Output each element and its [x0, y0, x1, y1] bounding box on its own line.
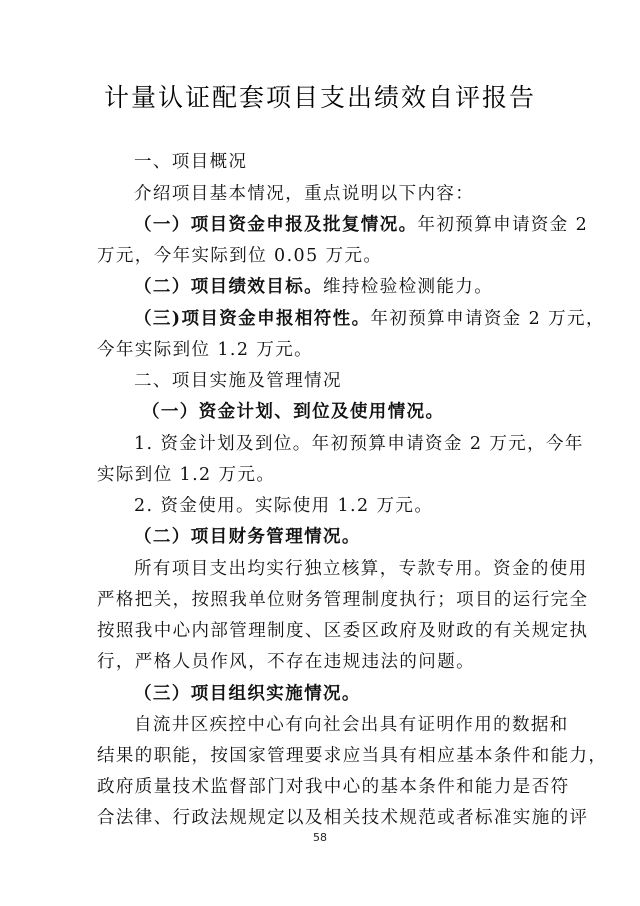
section-heading-overview: 一、项目概况: [134, 148, 545, 173]
page-number: 58: [0, 831, 640, 844]
paragraph-funding-consistency: （三)项目资金申报相符性。年初预算申请资金 2 万元，: [134, 305, 545, 330]
paragraph-line: 按照我中心内部管理制度、区委区政府及财政的有关规定执: [97, 617, 545, 642]
paragraph-line: 政府质量技术监督部门对我中心的基本条件和能力是否符: [97, 773, 545, 798]
paragraph-text: 年初预算申请资金 2: [418, 215, 589, 235]
list-item-funding-use: 2. 资金使用。实际使用 1.2 万元。: [134, 492, 545, 517]
subheading: （三)项目资金申报相符性。: [134, 309, 370, 329]
section-heading-implementation: 二、项目实施及管理情况: [134, 367, 545, 392]
paragraph-text: 年初预算申请资金 2 万元，: [370, 309, 604, 329]
paragraph-text: 维持检验检测能力。: [323, 277, 493, 297]
paragraph-line: 结果的职能，按国家管理要求应当具有相应基本条件和能力，: [97, 742, 545, 767]
subheading: （一）项目资金申报及批复情况。: [134, 215, 418, 235]
paragraph-line: 行，严格人员作风，不存在违规违法的问题。: [97, 648, 545, 673]
list-item-funding-plan: 1. 资金计划及到位。年初预算申请资金 2 万元，今年: [134, 430, 545, 455]
paragraph-funding-approval: （一）项目资金申报及批复情况。年初预算申请资金 2: [134, 211, 545, 236]
document-title: 计量认证配套项目支出绩效自评报告: [0, 78, 640, 114]
paragraph-line: 自流井区疾控中心有向社会出具有证明作用的数据和: [134, 711, 545, 736]
paragraph-line: 合法律、行政法规规定以及相关技术规范或者标准实施的评: [97, 804, 545, 829]
overview-intro: 介绍项目基本情况，重点说明以下内容：: [134, 180, 545, 205]
paragraph-performance-goal: （二）项目绩效目标。维持检验检测能力。: [134, 273, 545, 298]
subheading-funding-plan: （一）资金计划、到位及使用情况。: [142, 398, 590, 423]
paragraph-line: 严格把关，按照我单位财务管理制度执行；项目的运行完全: [97, 586, 545, 611]
paragraph-text: 万元，今年实际到位 0.05 万元。: [97, 242, 545, 267]
list-item-continuation: 实际到位 1.2 万元。: [97, 461, 545, 486]
paragraph-line: 所有项目支出均实行独立核算，专款专用。资金的使用: [134, 555, 545, 580]
subheading-organization: （三）项目组织实施情况。: [134, 680, 545, 705]
paragraph-text: 今年实际到位 1.2 万元。: [97, 336, 545, 361]
subheading: （二）项目绩效目标。: [134, 277, 323, 297]
subheading-financial-management: （二）项目财务管理情况。: [134, 523, 545, 548]
